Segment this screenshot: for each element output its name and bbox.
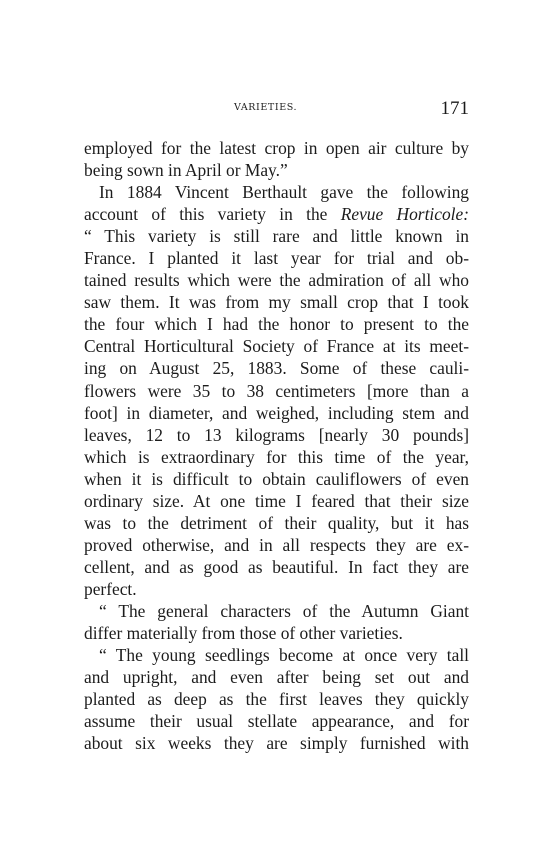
text-line: about six weeks they are simply furnishe… <box>84 732 469 754</box>
paragraph-start-line: “ The young seedlings become at once ver… <box>84 644 469 666</box>
text-line: ing on August 25, 1883. Some of these ca… <box>84 357 469 379</box>
text-line: and upright, and even after being set ou… <box>84 666 469 688</box>
paragraph-start-line: “ The general characters of the Autumn G… <box>84 600 469 622</box>
text-line: saw them. It was from my small crop that… <box>84 291 469 313</box>
text-line: differ materially from those of other va… <box>84 622 469 644</box>
text-line: “ This variety is still rare and little … <box>84 225 469 247</box>
text-line: tained results which were the admiration… <box>84 269 469 291</box>
text-line: France. I planted it last year for trial… <box>84 247 469 269</box>
page-number: 171 <box>441 98 470 120</box>
text-segment: account of this variety in the <box>84 204 341 224</box>
text-line: account of this variety in the Revue Hor… <box>84 203 469 225</box>
text-line: foot] in diameter, and weighed, includin… <box>84 402 469 424</box>
text-line: when it is difficult to obtain cauliflow… <box>84 468 469 490</box>
running-head: VARIETIES. 171 <box>84 98 469 120</box>
text-line: which is extraordinary for this time of … <box>84 446 469 468</box>
body-text: employed for the latest crop in open air… <box>84 137 469 754</box>
text-line: cellent, and as good as beautiful. In fa… <box>84 556 469 578</box>
text-line: the four which I had the honor to presen… <box>84 313 469 335</box>
text-line: assume their usual stellate appearance, … <box>84 710 469 732</box>
text-line: proved otherwise, and in all respects th… <box>84 534 469 556</box>
text-line: was to the detriment of their quality, b… <box>84 512 469 534</box>
journal-title: Revue Horticole: <box>341 204 469 224</box>
book-page: VARIETIES. 171 employed for the latest c… <box>0 0 552 867</box>
text-line: being sown in April or May.” <box>84 159 469 181</box>
text-line: Central Horticultural Society of France … <box>84 335 469 357</box>
text-line: flowers were 35 to 38 centimeters [more … <box>84 380 469 402</box>
paragraph-start-line: In 1884 Vincent Berthault gave the follo… <box>84 181 469 203</box>
text-line: leaves, 12 to 13 kilograms [nearly 30 po… <box>84 424 469 446</box>
text-line: ordinary size. At one time I feared that… <box>84 490 469 512</box>
text-line: employed for the latest crop in open air… <box>84 137 469 159</box>
chapter-title: VARIETIES. <box>234 102 297 113</box>
text-line: perfect. <box>84 578 469 600</box>
text-line: planted as deep as the first leaves they… <box>84 688 469 710</box>
